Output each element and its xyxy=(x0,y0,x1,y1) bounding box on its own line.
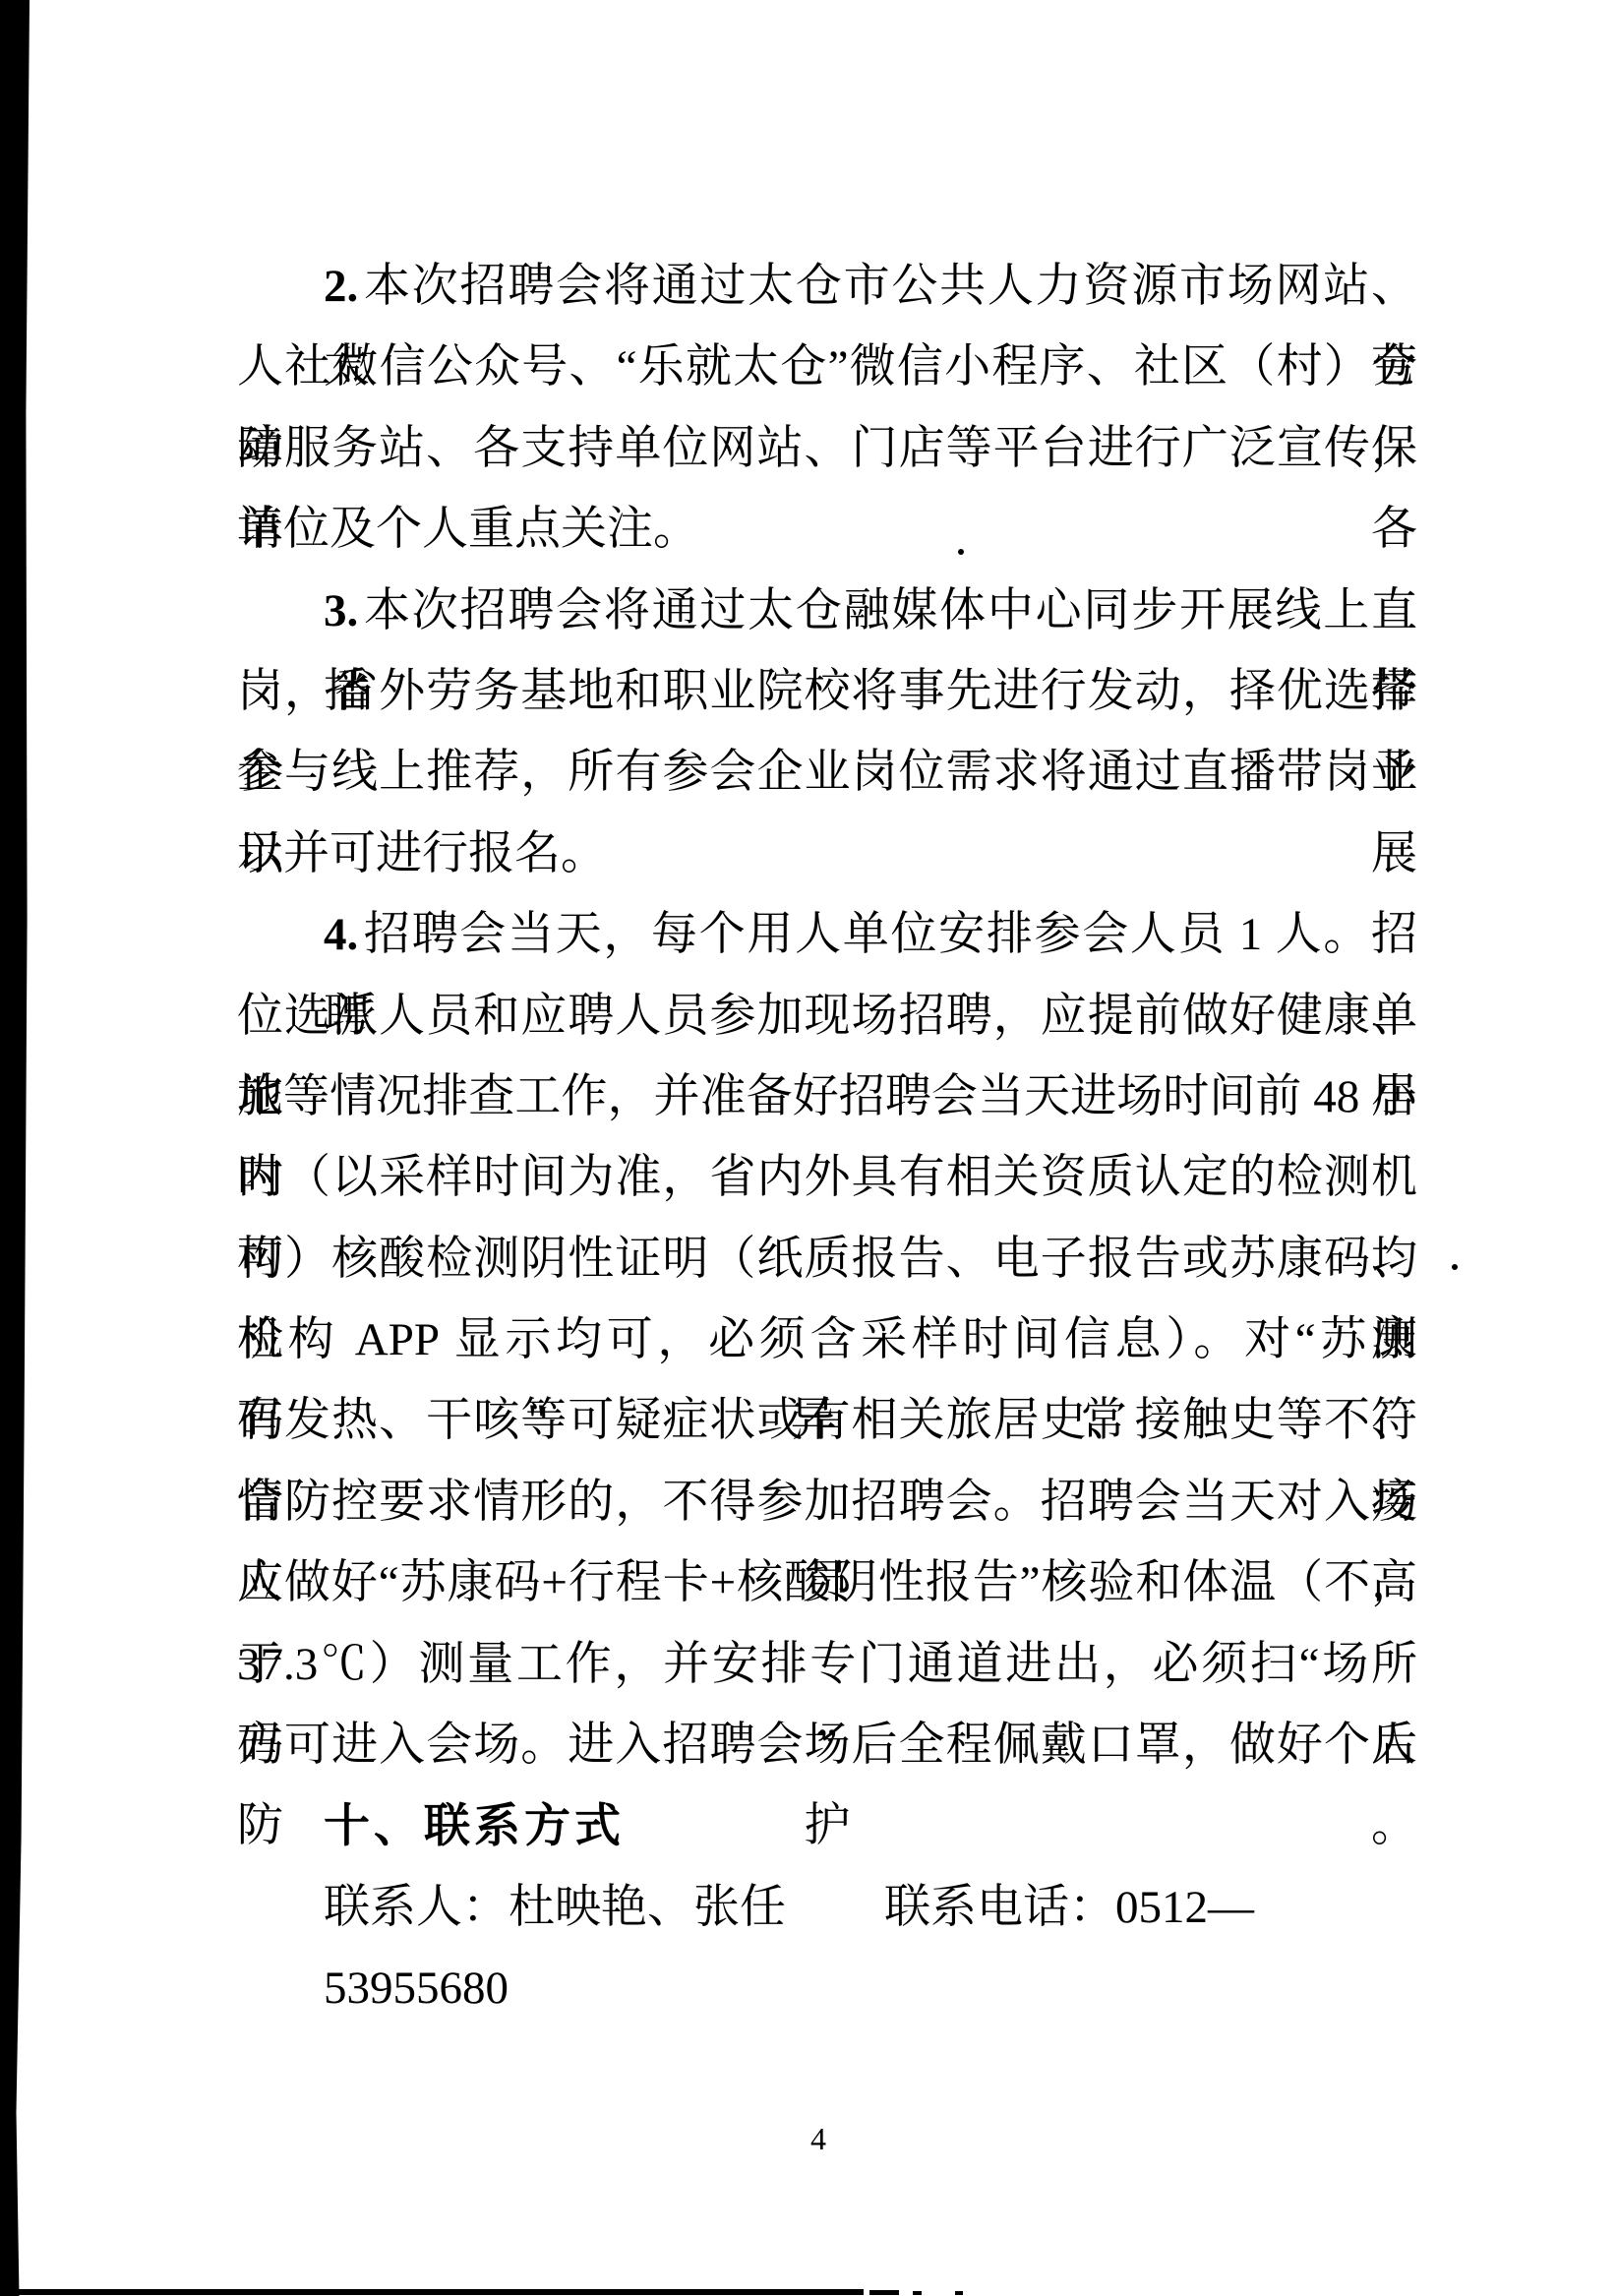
paragraph-2-line-3: 障服务站、各支持单位网站、门店等平台进行广泛宣传，请各 xyxy=(237,408,1417,489)
document-body: 2.本次招聘会将通过太仓市公共人力资源市场网站、太仓 人社微信公众号、“乐就太仓… xyxy=(237,246,1417,1948)
paragraph-3-line-3: 参与线上推荐，所有参会企业岗位需求将通过直播带岗予以展 xyxy=(237,732,1417,813)
paragraph-4-line-6: 机构 APP 显示均可，必须含采样时间信息）。对“苏康码"异常、 xyxy=(237,1299,1417,1380)
paragraph-number: 3. xyxy=(324,585,362,636)
contact-line: 联系人：杜映艳、张任联系电话：0512—53955680 xyxy=(237,1867,1417,1948)
paragraph-4-line-3: 地等情况排查工作，并准备好招聘会当天进场时间前 48 小时 xyxy=(237,1057,1417,1137)
line-text: 单位及个人重点关注。 xyxy=(237,504,699,555)
scan-artifact-bottom-dot xyxy=(955,2291,963,2295)
contact-person: 联系人：杜映艳、张任 xyxy=(324,1882,786,1933)
heading-text: 十、联系方式 xyxy=(324,1799,625,1851)
paragraph-number: 4. xyxy=(324,909,362,960)
scan-artifact-bottom-dot xyxy=(913,2291,922,2295)
page-number: 4 xyxy=(799,2121,838,2156)
paragraph-4-line-10: 37.3℃）测量工作，并安排专门通道进出，必须扫“场所码”后 xyxy=(237,1624,1417,1705)
line-text: 示并可进行报名。 xyxy=(237,828,607,879)
paragraph-4-line-4: 内（以采样时间为准，省内外具有相关资质认定的检测机构均 xyxy=(237,1137,1417,1218)
paragraph-4-line-9: 应做好“苏康码+行程卡+核酸阴性报告”核验和体温（不高于 xyxy=(237,1542,1417,1623)
paragraph-4-line-1: 4.招聘会当天，每个用人单位安排参会人员 1 人。招聘单 xyxy=(237,894,1417,975)
paragraph-4-line-8: 情防控要求情形的，不得参加招聘会。招聘会当天对入场人员， xyxy=(237,1462,1417,1542)
scan-speck xyxy=(1452,1264,1458,1270)
paragraph-2-line-1: 2.本次招聘会将通过太仓市公共人力资源市场网站、太仓 xyxy=(237,246,1417,327)
paragraph-4-line-11: 方可进入会场。进入招聘会场后全程佩戴口罩，做好个人防护。 xyxy=(237,1705,1417,1785)
paragraph-4-line-7: 有发热、干咳等可疑症状或有相关旅居史、接触史等不符合疫 xyxy=(237,1380,1417,1461)
document-page: 2.本次招聘会将通过太仓市公共人力资源市场网站、太仓 人社微信公众号、“乐就太仓… xyxy=(0,0,1617,2296)
scan-artifact-bottom-dash xyxy=(869,2290,899,2295)
paragraph-4-line-5: 可）核酸检测阴性证明（纸质报告、电子报告或苏康码、检测 xyxy=(237,1219,1417,1299)
paragraph-4-line-2: 位选派人员和应聘人员参加现场招聘，应提前做好健康、旅居 xyxy=(237,976,1417,1057)
scan-artifact-left-bar xyxy=(0,0,30,2296)
paragraph-3-line-1: 3.本次招聘会将通过太仓融媒体中心同步开展线上直播带 xyxy=(237,571,1417,651)
paragraph-2-line-2: 人社微信公众号、“乐就太仓”微信小程序、社区（村）劳动保 xyxy=(237,327,1417,407)
paragraph-number: 2. xyxy=(324,261,362,312)
scan-artifact-bottom-line xyxy=(8,2289,864,2295)
paragraph-3-line-2: 岗，省外劳务基地和职业院校将事先进行发动，择优选择企业 xyxy=(237,651,1417,732)
